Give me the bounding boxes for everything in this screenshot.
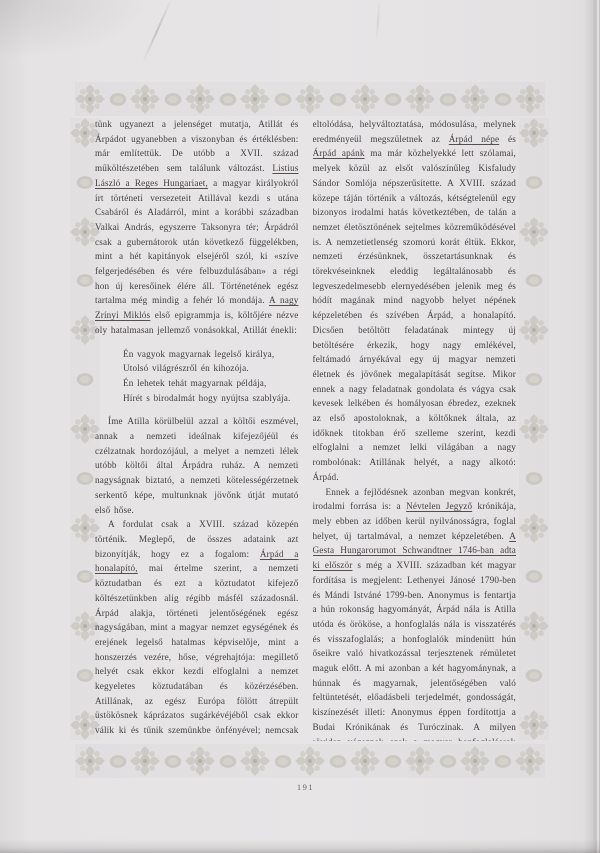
rosette-cluster-icon (240, 746, 270, 776)
scanned-book-page: tünk ugyanezt a jelenséget mutatja, Atil… (0, 0, 600, 853)
oval-medallion-icon (524, 569, 544, 584)
rosette-cluster-icon (460, 84, 490, 114)
oval-medallion-icon (438, 754, 458, 769)
page-number: 191 (95, 782, 516, 792)
rosette-cluster-icon (405, 84, 435, 114)
rosette-cluster-icon (519, 118, 549, 148)
verse-line: Én vagyok magyarnak legelső királya, (123, 347, 299, 362)
oval-medallion-icon (75, 471, 95, 486)
rosette-cluster-icon (519, 513, 549, 543)
rosette-cluster-icon (130, 84, 160, 114)
underlined-phrase: Árpád népe (449, 134, 499, 144)
page-bottom-shadow (0, 839, 600, 853)
verse-line: Hírét s birodalmát hogy nyújtsa szablyáj… (123, 391, 299, 406)
text-run: ma már közhelyekké lett szólamai, melyek… (313, 148, 517, 481)
oval-medallion-icon (108, 92, 128, 107)
right-column: eltolódása, helyváltoztatása, módosulása… (313, 117, 517, 741)
rosette-cluster-icon (515, 746, 545, 776)
rosette-cluster-icon (405, 746, 435, 776)
oval-medallion-icon (218, 92, 238, 107)
page-crease (376, 0, 381, 42)
oval-medallion-icon (75, 175, 95, 190)
oval-medallion-icon (163, 92, 183, 107)
rosette-cluster-icon (75, 746, 105, 776)
underlined-phrase: Árpád apánk (313, 148, 365, 158)
text-run: Íme Atilla körülbelül azzal a költői esz… (95, 416, 299, 514)
rosette-cluster-icon (350, 746, 380, 776)
paragraph: Ennek a fejlődésnek azonban megvan konkr… (313, 485, 517, 741)
rosette-cluster-icon (295, 746, 325, 776)
text-run: s még a XVIII. században két magyar ford… (313, 560, 517, 741)
underlined-phrase: Névtelen Jegyző (406, 501, 472, 511)
ornament-border-top (75, 82, 545, 116)
rosette-cluster-icon (185, 84, 215, 114)
rosette-cluster-icon (519, 217, 549, 247)
rosette-cluster-icon (519, 710, 549, 740)
oval-medallion-icon (383, 92, 403, 107)
oval-medallion-icon (328, 754, 348, 769)
text-block: tünk ugyanezt a jelenséget mutatja, Atil… (95, 117, 516, 741)
paragraph: tünk ugyanezt a jelenséget mutatja, Atil… (95, 117, 299, 338)
verse-line: Én lehetek tehát magyarnak példája, (123, 376, 299, 391)
rosette-cluster-icon (350, 84, 380, 114)
rosette-cluster-icon (75, 84, 105, 114)
oval-medallion-icon (108, 754, 128, 769)
rosette-cluster-icon (185, 746, 215, 776)
oval-medallion-icon (383, 754, 403, 769)
oval-medallion-icon (75, 372, 95, 387)
oval-medallion-icon (524, 372, 544, 387)
oval-medallion-icon (524, 471, 544, 486)
text-run: tünk ugyanezt a jelenséget mutatja, Atil… (95, 119, 299, 173)
oval-medallion-icon (218, 754, 238, 769)
paragraph: eltolódása, helyváltoztatása, módosulása… (313, 117, 517, 485)
text-run: a magyar királyokról írt történeti verse… (95, 178, 299, 306)
oval-medallion-icon (328, 92, 348, 107)
oval-medallion-icon (75, 273, 95, 288)
oval-medallion-icon (438, 92, 458, 107)
ornament-border-right (519, 118, 549, 740)
verse-quote: Én vagyok magyarnak legelső királya,Utol… (123, 347, 299, 406)
rosette-cluster-icon (240, 84, 270, 114)
oval-medallion-icon (163, 754, 183, 769)
rosette-cluster-icon (130, 746, 160, 776)
oval-medallion-icon (75, 668, 95, 683)
oval-medallion-icon (524, 668, 544, 683)
oval-medallion-icon (524, 175, 544, 190)
rosette-cluster-icon (519, 611, 549, 641)
text-run: és (499, 134, 516, 144)
paragraph: A fordulat csak a XVIII. század közepén … (95, 517, 299, 741)
page-edge-shadow (584, 0, 600, 853)
rosette-cluster-icon (295, 84, 325, 114)
rosette-cluster-icon (460, 746, 490, 776)
oval-medallion-icon (493, 92, 513, 107)
page-corner-shadow (0, 0, 150, 60)
oval-medallion-icon (75, 569, 95, 584)
oval-medallion-icon (273, 92, 293, 107)
oval-medallion-icon (493, 754, 513, 769)
rosette-cluster-icon (519, 315, 549, 345)
oval-medallion-icon (524, 273, 544, 288)
left-column: tünk ugyanezt a jelenséget mutatja, Atil… (95, 117, 299, 741)
oval-medallion-icon (273, 754, 293, 769)
verse-line: Utolsó világrészről én kihozója. (123, 361, 299, 376)
text-run: mai értelme szerint, a nemzeti köztudatb… (95, 563, 299, 741)
ornament-border-bottom (75, 744, 545, 778)
rosette-cluster-icon (515, 84, 545, 114)
rosette-cluster-icon (519, 414, 549, 444)
paragraph: Íme Atilla körülbelül azzal a költői esz… (95, 414, 299, 517)
